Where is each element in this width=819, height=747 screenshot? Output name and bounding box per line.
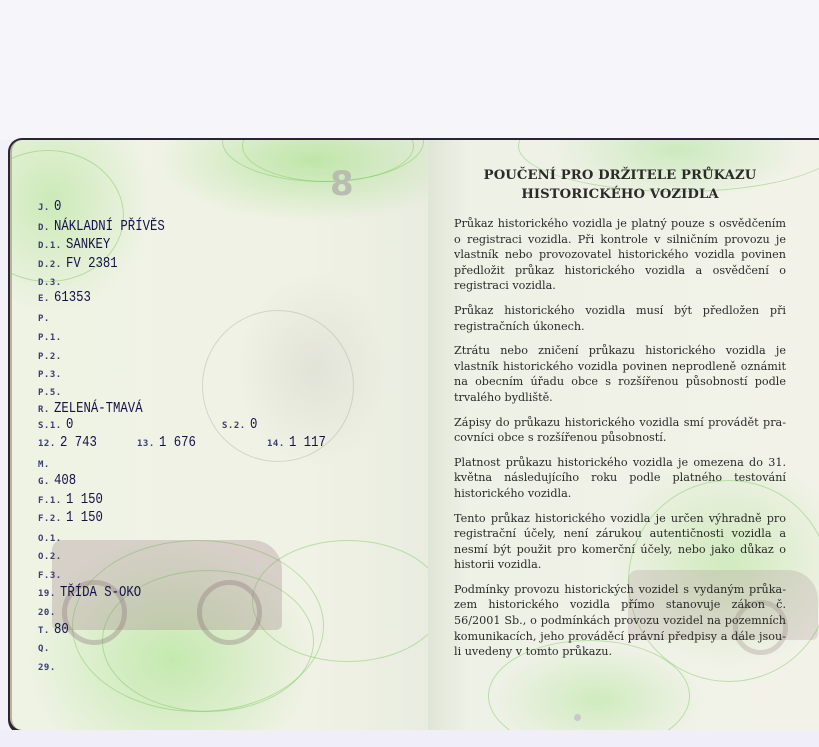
field-code: S.2. xyxy=(222,421,246,431)
field-row: O.1. xyxy=(38,526,66,545)
field-row: 13.1 676 xyxy=(137,431,204,451)
field-code: F.2. xyxy=(38,514,62,524)
instruction-paragraph: Podmínky provozu historických vozidel s … xyxy=(454,582,786,660)
field-value: SANKEY xyxy=(66,236,110,253)
instruction-paragraph: Průkaz historického vozidla musí být pře… xyxy=(454,303,786,334)
field-value: 1 676 xyxy=(159,434,196,451)
field-code: 12. xyxy=(38,439,56,449)
field-code: T. xyxy=(38,626,50,636)
scanner-background-top xyxy=(0,0,819,140)
field-row: S.1.0 xyxy=(38,413,75,433)
right-page: POUČENÍ PRO DRŽITELE PRŮKAZU HISTORICKÉH… xyxy=(428,140,819,730)
field-row: P.2. xyxy=(38,344,66,363)
field-value: 1 150 xyxy=(66,509,103,526)
instruction-paragraph: Tento průkaz historického vozidla je urč… xyxy=(454,511,786,573)
field-value: FV 2381 xyxy=(66,255,118,272)
field-code: D.1. xyxy=(38,241,62,251)
field-row: D.2.FV 2381 xyxy=(38,252,129,272)
instruction-paragraph: Průkaz historického vozidla je platný po… xyxy=(454,216,786,294)
instruction-paragraph: Platnost průkazu historického vozidla je… xyxy=(454,455,786,502)
instruction-paragraph: Zápisy do průkazu historického vozidla s… xyxy=(454,415,786,446)
field-value: 80 xyxy=(54,621,69,638)
field-value: 1 117 xyxy=(289,434,326,451)
title-line-1: POUČENÍ PRO DRŽITELE PRŮKAZU xyxy=(454,166,786,185)
field-row: D.NÁKLADNÍ PŘÍVĚS xyxy=(38,215,189,235)
field-row: Q. xyxy=(38,636,54,655)
instructions-content: POUČENÍ PRO DRŽITELE PRŮKAZU HISTORICKÉH… xyxy=(454,166,786,669)
field-code: D. xyxy=(38,223,50,233)
field-code: Q. xyxy=(38,644,50,654)
field-value: 408 xyxy=(54,472,76,489)
car-wheel xyxy=(197,580,262,645)
field-row: F.3. xyxy=(38,563,66,582)
scanner-background-bottom xyxy=(0,730,819,747)
field-code: 29. xyxy=(38,663,56,673)
guilloche-pattern xyxy=(242,140,414,182)
field-row: P.3. xyxy=(38,362,66,381)
field-code: 19. xyxy=(38,589,56,599)
field-value: 0 xyxy=(54,198,61,215)
field-code: O.1. xyxy=(38,534,62,544)
field-row: 19.TŘÍDA S-OKO xyxy=(38,581,159,601)
field-code: G. xyxy=(38,477,50,487)
field-value: TŘÍDA S-OKO xyxy=(60,584,141,601)
field-code: J. xyxy=(38,203,50,213)
field-row: 20. xyxy=(38,600,60,619)
page-number: 8 xyxy=(330,164,354,204)
field-code: S.1. xyxy=(38,421,62,431)
title-line-2: HISTORICKÉHO VOZIDLA xyxy=(454,185,786,204)
field-code: O.2. xyxy=(38,552,62,562)
field-value: 61353 xyxy=(54,289,91,306)
field-code: 14. xyxy=(267,439,285,449)
field-code: F.1. xyxy=(38,496,62,506)
binding-hole xyxy=(574,714,581,721)
field-row: F.2.1 150 xyxy=(38,506,111,526)
field-row: S.2.0 xyxy=(222,413,259,433)
field-row: 12.2 743 xyxy=(38,431,105,451)
field-code: E. xyxy=(38,294,50,304)
field-code: P.1. xyxy=(38,333,62,343)
field-row: 14.1 117 xyxy=(267,431,334,451)
field-row: P.1. xyxy=(38,325,66,344)
field-value: 0 xyxy=(250,416,257,433)
field-code: P.3. xyxy=(38,370,62,380)
field-value: 2 743 xyxy=(60,434,97,451)
field-row: 29. xyxy=(38,655,60,674)
field-code: 13. xyxy=(137,439,155,449)
field-code: D.2. xyxy=(38,260,62,270)
field-row: O.2. xyxy=(38,544,66,563)
field-row: T.80 xyxy=(38,618,72,638)
field-code: F.3. xyxy=(38,571,62,581)
field-row: E.61353 xyxy=(38,286,99,306)
field-row: F.1.1 150 xyxy=(38,488,111,508)
field-code: P.2. xyxy=(38,352,62,362)
instruction-paragraph: Ztrátu nebo zničení průkazu historického… xyxy=(454,343,786,405)
field-code: 20. xyxy=(38,608,56,618)
instructions-title: POUČENÍ PRO DRŽITELE PRŮKAZU HISTORICKÉH… xyxy=(454,166,786,204)
field-row: P. xyxy=(38,306,54,325)
field-code: P. xyxy=(38,314,50,324)
field-row: D.1.SANKEY xyxy=(38,233,120,253)
left-page: 8 J.0D.NÁKLADNÍ PŘÍVĚSD.1.SANKEYD.2.FV 2… xyxy=(10,140,430,730)
field-row: J.0 xyxy=(38,195,63,215)
field-row: G.408 xyxy=(38,469,81,489)
